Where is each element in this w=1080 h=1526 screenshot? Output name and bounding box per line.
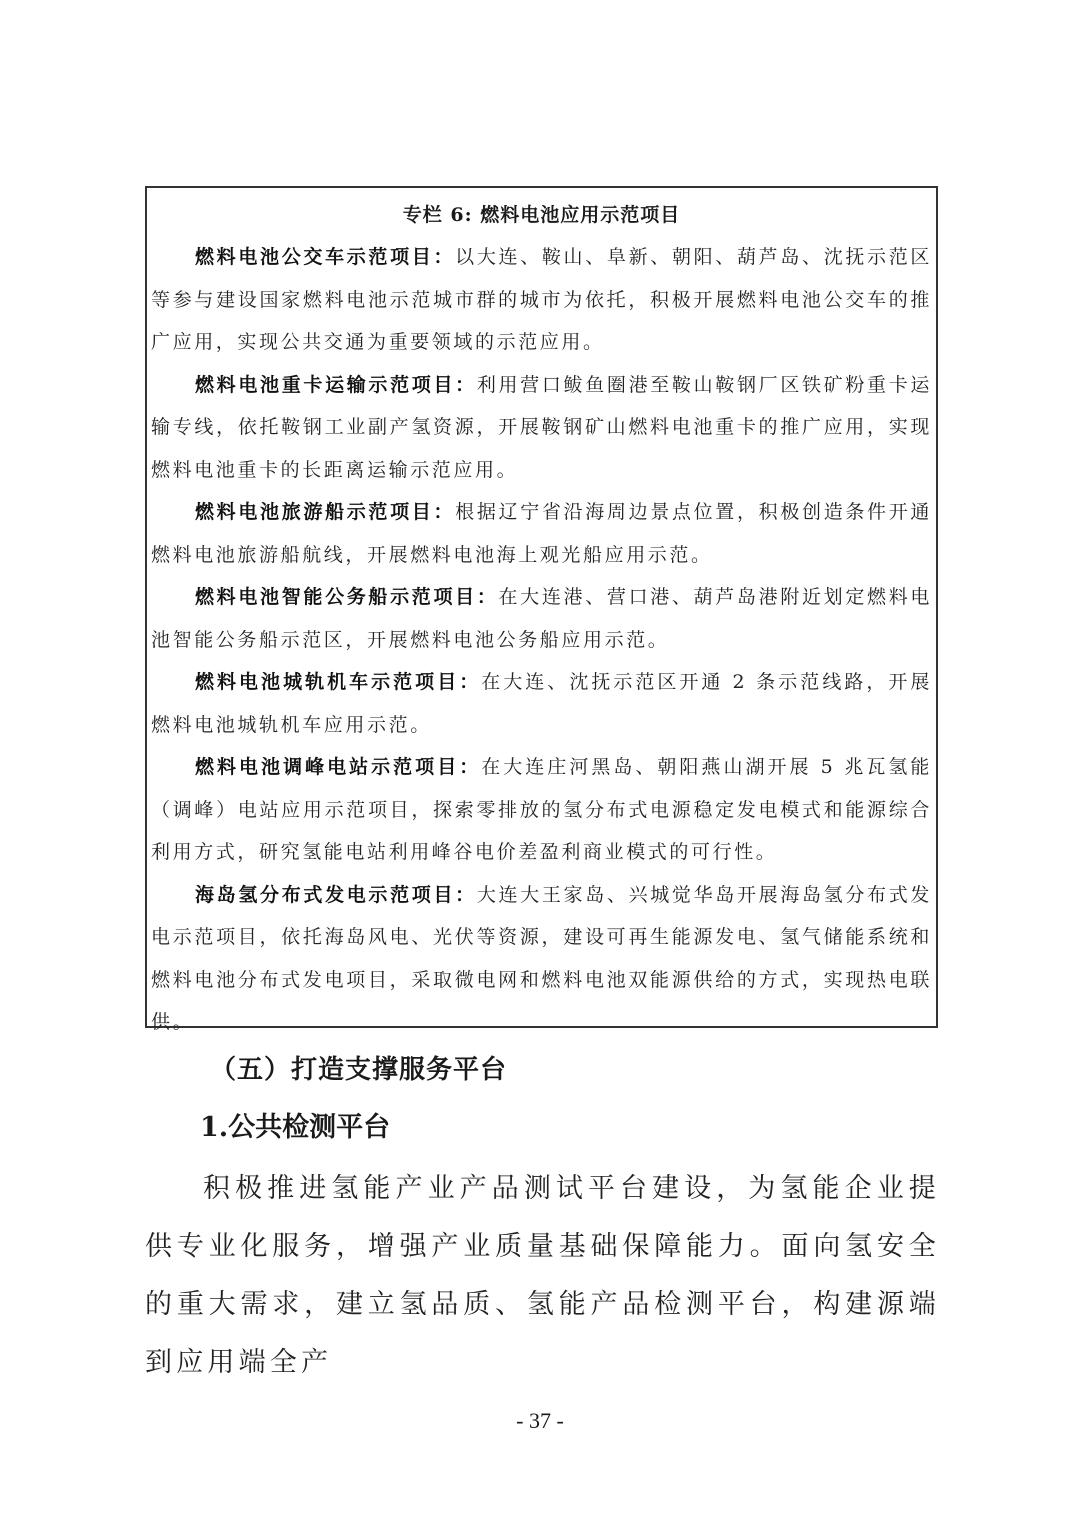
box-title: 专栏 6: 燃料电池应用示范项目: [151, 194, 932, 236]
project-tour-boat: 燃料电池旅游船示范项目：根据辽宁省沿海周边景点位置，积极创造条件开通燃料电池旅游…: [151, 491, 932, 576]
project-lead: 海岛氢分布式发电示范项目：: [195, 884, 477, 906]
project-island-power: 海岛氢分布式发电示范项目：大连大王家岛、兴城觉华岛开展海岛氢分布式发电示范项目，…: [151, 874, 932, 1044]
project-lead: 燃料电池智能公务船示范项目：: [195, 586, 499, 608]
project-lead: 燃料电池调峰电站示范项目：: [195, 756, 481, 778]
project-lead: 燃料电池城轨机车示范项目：: [195, 671, 481, 693]
project-bus: 燃料电池公交车示范项目：以大连、鞍山、阜新、朝阳、葫芦岛、沈抚示范区等参与建设国…: [151, 236, 932, 364]
column-box-fuel-cell-demo-projects: 专栏 6: 燃料电池应用示范项目 燃料电池公交车示范项目：以大连、鞍山、阜新、朝…: [145, 186, 938, 1028]
project-lead: 燃料电池公交车示范项目：: [195, 246, 455, 268]
project-lead: 燃料电池重卡运输示范项目：: [195, 374, 477, 396]
project-lead: 燃料电池旅游船示范项目：: [195, 501, 455, 523]
project-official-boat: 燃料电池智能公务船示范项目：在大连港、营口港、葫芦岛港附近划定燃料电池智能公务船…: [151, 576, 932, 661]
project-rail: 燃料电池城轨机车示范项目：在大连、沈抚示范区开通 2 条示范线路，开展燃料电池城…: [151, 661, 932, 746]
body-paragraph: 积极推进氢能产业产品测试平台建设，为氢能企业提供专业化服务，增强产业质量基础保障…: [145, 1160, 940, 1392]
page-number: - 37 -: [0, 1408, 1080, 1434]
project-heavy-truck: 燃料电池重卡运输示范项目：利用营口鲅鱼圈港至鞍山鞍钢厂区铁矿粉重卡运输专线，依托…: [151, 364, 932, 492]
section-heading: （五）打造支撑服务平台: [210, 1048, 507, 1092]
sub-heading: 1.公共检测平台: [200, 1106, 390, 1150]
project-peak-station: 燃料电池调峰电站示范项目：在大连庄河黑岛、朝阳燕山湖开展 5 兆瓦氢能（调峰）电…: [151, 746, 932, 874]
